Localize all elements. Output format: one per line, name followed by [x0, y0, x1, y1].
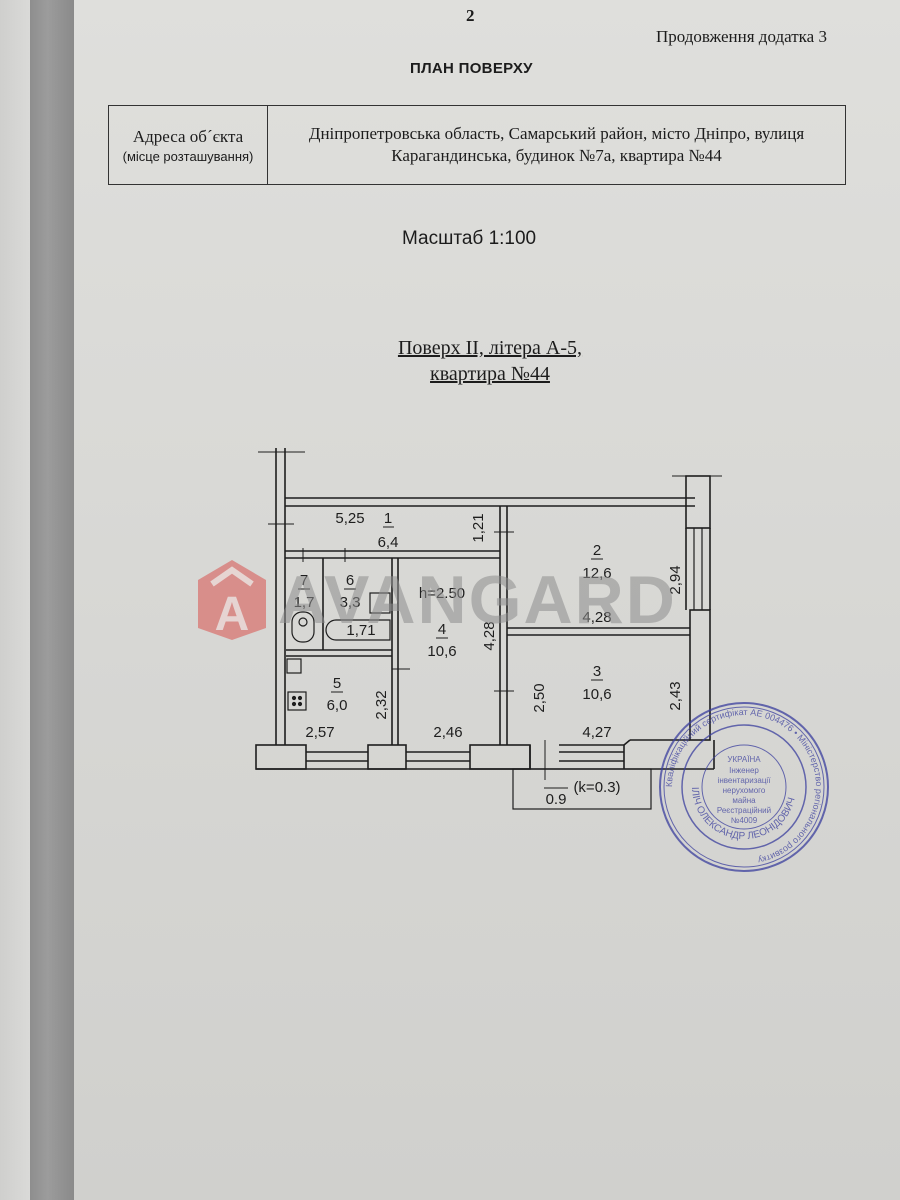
svg-text:інвентаризації: інвентаризації [718, 776, 772, 785]
svg-text:майна: майна [732, 796, 756, 805]
svg-text:Інженер: Інженер [729, 766, 759, 775]
official-stamp: Кваліфікаційний сертифікат АЕ 004476 • М… [0, 0, 900, 1200]
svg-text:УКРАЇНА: УКРАЇНА [727, 755, 761, 764]
svg-text:нерухомого: нерухомого [723, 786, 766, 795]
svg-text:№4009: №4009 [731, 816, 758, 825]
svg-text:Реєстраційний: Реєстраційний [717, 806, 771, 815]
